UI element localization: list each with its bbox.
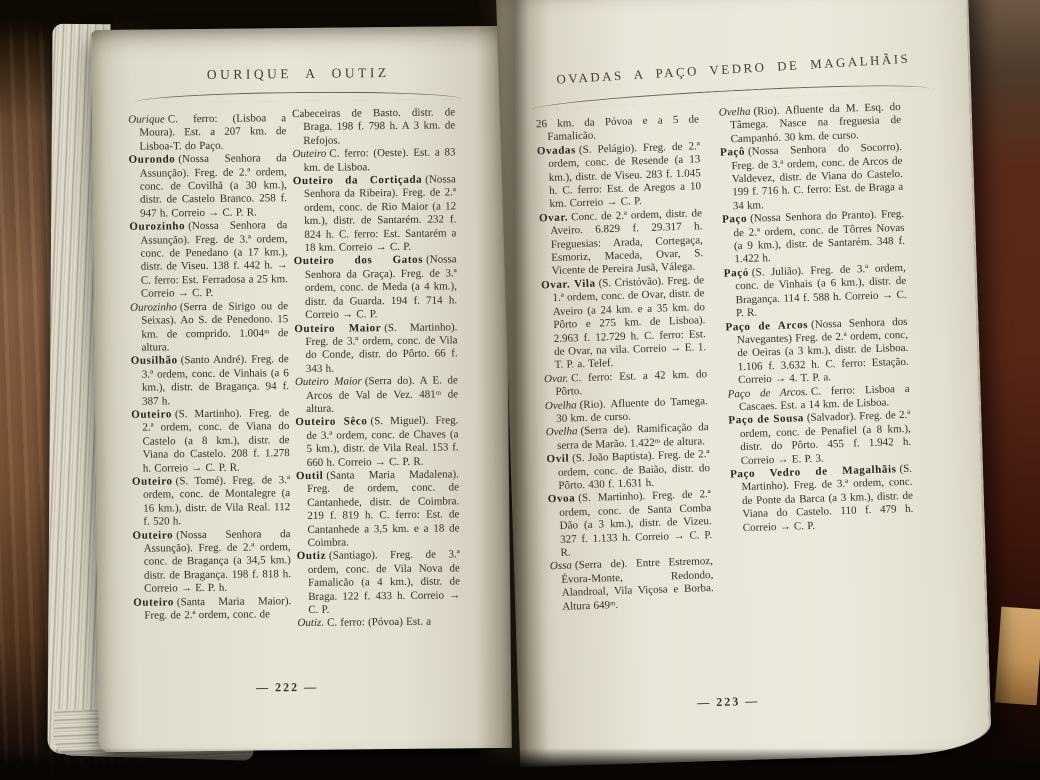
right-page-number: — 223 — — [538, 689, 918, 716]
entry-headword: Outeiro Maior — [294, 322, 384, 335]
gazetteer-entry: Ossa(Serra de). Entre Estremoz, Évora-Mo… — [550, 555, 715, 614]
gazetteer-entry: Paço Vedro de Magalhãis(S. Martinho). Fr… — [730, 463, 914, 536]
gazetteer-entry: Paço(Nossa Senhora do Pranto). Freg. de … — [722, 208, 906, 267]
entry-headword: Outeiro Maior — [295, 375, 365, 388]
entry-headword: Ourozinho — [129, 220, 188, 233]
gazetteer-entry: Ovoa(S. Martinho). Freg. de 2.ª ordem, c… — [548, 488, 713, 560]
open-book-photo: OURIQUE A OUTIZ OuriqueC. ferro: (Lisboa… — [0, 0, 1040, 780]
right-page: OVADAS A PAÇO VEDRO DE MAGALHÃIS 26 km. … — [496, 0, 992, 767]
entry-headword: Outeiro Sêco — [295, 416, 370, 429]
entry-body: (Nossa Senhora do Pranto). Freg. de 2.ª … — [733, 208, 905, 266]
entry-headword: Ovar. Vila — [541, 277, 599, 291]
entry-headword: Paço — [722, 213, 750, 226]
gazetteer-entry: OuteiroC. ferro: (Oeste). Est. a 83 km. … — [292, 147, 455, 176]
gazetteer-entry: Ovar. Vila(S. Cristóvão). Freg. de 1.ª o… — [541, 274, 707, 373]
gazetteer-entry: Outiz.C. ferro: (Póvoa) Est. a — [297, 616, 460, 631]
entry-headword: Ovar. — [544, 372, 572, 385]
entry-headword: Outeiro — [132, 475, 176, 487]
gazetteer-entry: Ousilhão(Santo André). Freg. de 3.ª orde… — [131, 353, 290, 408]
left-page-number: — 222 — — [98, 678, 476, 697]
gazetteer-entry: Outeiro Maior(Serra do). A E. de Arcos d… — [295, 374, 458, 416]
left-page-column-2: Cabeceiras de Basto. distr. de Braga. 19… — [292, 106, 460, 631]
entry-body: (Serra de). Ramificação da serra de Marã… — [557, 421, 709, 451]
entry-headword: Ovelha — [546, 426, 581, 439]
entry-body: (Santa Maria Madalena). Freg. de ordem, … — [307, 468, 460, 549]
entry-headword: Paçô — [720, 146, 748, 159]
entry-headword: Outeiro — [131, 408, 175, 420]
left-page-header: OURIQUE A OUTIZ — [92, 64, 505, 84]
gazetteer-entry: Outeiro(Nossa Senhora da Assunção). Freg… — [132, 528, 291, 597]
left-page: OURIQUE A OUTIZ OuriqueC. ferro: (Lisboa… — [91, 26, 512, 752]
entry-body: (Rio). Afluente da M. Esq. do Tâmega. Na… — [730, 101, 901, 145]
entry-headword: Ovadas — [537, 144, 579, 157]
gazetteer-entry: Outeiro dos Gatos(Nossa Senhora da Graça… — [294, 254, 458, 323]
book-cover-edge — [995, 607, 1040, 706]
entry-body: C. ferro: (Póvoa) Est. a — [327, 616, 431, 629]
entry-body: (Santiago). Freg. de 3.ª ordem, conc. de… — [308, 549, 460, 616]
entry-headword: Ovoa — [548, 493, 579, 506]
right-page-column-1: 26 km. da Póvoa e a 5 de Famalicão.Ovada… — [536, 113, 715, 614]
gazetteer-entry: Outeiro da Cortiçada(Nossa Senhora da Ri… — [293, 173, 457, 255]
entry-body: C. ferro: Est. a 42 km. do Pôrto. — [555, 368, 707, 398]
gazetteer-entry: OuriqueC. ferro: (Lisboa a Moura). Est. … — [128, 112, 286, 154]
gazetteer-entry: Paçô(Nossa Senhora do Socorro). Freg. de… — [720, 141, 904, 214]
gazetteer-entry: Ovil(S. João Baptista). Freg. de 2.ª ord… — [546, 448, 710, 493]
gazetteer-entry: Ourozinho(Nossa Senhora da Assunção). Fr… — [129, 219, 288, 301]
entry-headword: Outeiro — [292, 148, 329, 160]
gazetteer-entry: Paço de Arcos(Nossa Senhora dos Navegant… — [725, 315, 909, 388]
entry-headword: Outeiro da Cortiçada — [293, 174, 426, 187]
entry-body: 26 km. da Póvoa e a 5 de Famalicão. — [536, 113, 699, 143]
gazetteer-entry: Ovelha(Rio). Afluente da M. Esq. do Tâme… — [719, 101, 902, 147]
entry-headword: Paço de Sousa — [728, 412, 807, 426]
gazetteer-entry: Outeiro Maior(S. Martinho). Freg. de 3.ª… — [294, 321, 458, 376]
entry-headword: Ovar. — [539, 211, 572, 224]
gazetteer-entry: Outiz(Santiago). Freg. de 3.ª ordem, con… — [297, 549, 461, 618]
entry-body: Conc. de 2.ª ordem, distr. de Aveiro. 6.… — [550, 207, 703, 277]
entry-body: (S. Julião). Freg. de 3.ª ordem, conc. d… — [735, 262, 907, 320]
gazetteer-entry: Paçó(S. Julião). Freg. de 3.ª ordem, con… — [724, 262, 908, 321]
entry-body: (Serra de). Entre Estremoz, Évora-Monte,… — [561, 555, 714, 612]
gazetteer-entry: Paço de Sousa(Salvador). Freg. de 2.ª or… — [728, 409, 912, 468]
gazetteer-entry: Outeiro(S. Martinho). Freg. de 2.ª ordem… — [131, 407, 290, 476]
left-header-rule — [134, 90, 462, 102]
entry-headword: Ousilhão — [131, 355, 181, 368]
gazetteer-entry: Ourondo(Nossa Senhora da Assunção). Freg… — [129, 152, 288, 221]
entry-headword: Outeiro — [133, 596, 177, 608]
bottom-shadow — [0, 748, 1040, 780]
entry-body: (Rio). Afluente do Tamega. 30 km. de cur… — [556, 395, 708, 425]
gazetteer-entry: Ovar.Conc. de 2.ª ordem, distr. de Aveir… — [539, 207, 704, 279]
entry-headword: Ovelha — [719, 106, 754, 119]
entry-headword: Outiz. — [297, 617, 327, 629]
gazetteer-entry: Ourozinho(Serra de Sirigo ou de Seixas).… — [130, 300, 289, 355]
entry-headword: Paço de Arcos. — [727, 385, 811, 400]
entry-headword: Ovelha — [545, 399, 580, 412]
gazetteer-entry: Outeiro Sêco(S. Miguel). Freg. de 3.ª or… — [295, 415, 459, 470]
entry-headword: Outeiro — [132, 529, 176, 541]
entry-headword: Ossa — [550, 560, 575, 573]
entry-body: (Nossa Senhora do Socorro). Freg. de 3.ª… — [731, 141, 903, 212]
entry-headword: Paçó — [724, 267, 752, 280]
entry-body: (S. João Baptista). Freg. de 2.ª ordem, … — [558, 448, 710, 492]
entry-headword: Outeiro dos Gatos — [294, 254, 427, 267]
gazetteer-entry: Cabeceiras de Basto. distr. de Braga. 19… — [292, 106, 455, 148]
right-page-column-2: Ovelha(Rio). Afluente da M. Esq. do Tâme… — [719, 101, 914, 536]
entry-headword: Paço de Arcos — [725, 318, 811, 333]
entry-headword: Ourique — [128, 113, 168, 125]
gazetteer-entry: Outil(Santa Maria Madalena). Freg. de or… — [296, 468, 460, 550]
entry-headword: Outiz — [297, 550, 329, 562]
entry-headword: Ovil — [546, 453, 572, 466]
entry-body: Cabeceiras de Basto. distr. de Braga. 19… — [292, 106, 455, 146]
entry-headword: Ourondo — [129, 153, 179, 166]
gazetteer-entry: Outeiro(S. Tomé). Freg. de 3.ª ordem, co… — [132, 474, 291, 529]
left-page-column-1: OuriqueC. ferro: (Lisboa a Moura). Est. … — [128, 112, 291, 623]
gazetteer-entry: Outeiro(Santa Maria Maior). Freg. de 2.ª… — [133, 595, 291, 623]
gazetteer-entry: Ovadas(S. Pelágio). Freg. de 2.ª ordem, … — [537, 140, 702, 212]
entry-body: (S. Martinho). Freg. de 2.ª ordem, conc.… — [559, 488, 712, 558]
entry-headword: Ourozinho — [130, 301, 180, 314]
entry-headword: Outil — [296, 470, 327, 482]
